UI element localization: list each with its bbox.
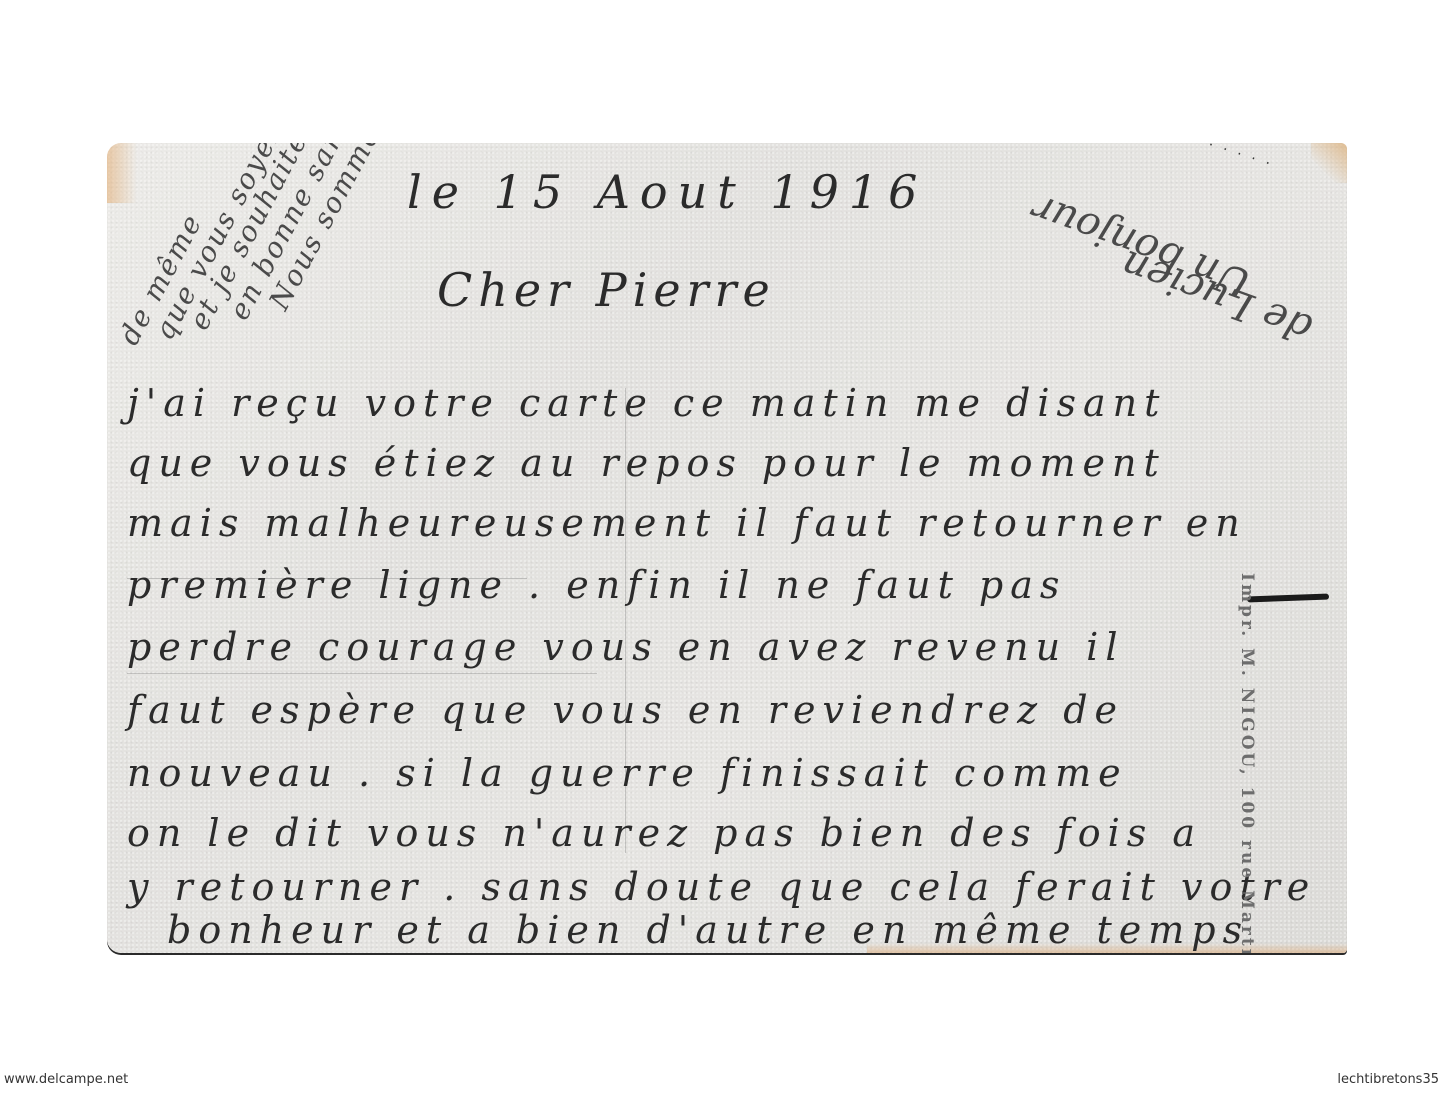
body-line: que vous étiez au repos pour le moment (127, 441, 1166, 485)
body-line: première ligne . enfin il ne faut pas (127, 563, 1066, 607)
printer-credit: Impr. M. NIGOU, 100 rue Martre, Clichy (1237, 573, 1257, 953)
body-line: y retourner . sans doute que cela ferait… (127, 865, 1316, 909)
body-line: bonheur et a bien d'autre en même temps (167, 908, 1249, 952)
body-line: j'ai reçu votre carte ce matin me disant (127, 381, 1166, 425)
page: Nous sommes toujours en bonne santé et j… (0, 0, 1445, 1098)
salutation: Cher Pierre (437, 263, 776, 317)
body-line: faut espère que vous en reviendrez de (127, 688, 1124, 732)
top-right-note: Un bonjour de Lucien (987, 153, 1327, 413)
footer-seller-name: lechtibretons35 (1337, 1072, 1439, 1087)
footer-source-link[interactable]: www.delcampe.net (4, 1072, 128, 1087)
date-line: le 15 Aout 1916 (407, 165, 927, 219)
body-line: on le dit vous n'aurez pas bien des fois… (127, 811, 1202, 855)
address-line (127, 673, 597, 674)
postcard-back: Nous sommes toujours en bonne santé et j… (107, 143, 1347, 953)
body-line: mais malheureusement il faut retourner e… (127, 501, 1247, 545)
crossed-out-word (1247, 594, 1329, 603)
body-line: nouveau . si la guerre finissait comme (127, 751, 1128, 795)
body-line: perdre courage vous en avez revenu il (127, 625, 1124, 669)
margin-note: Nous sommes toujours en bonne santé et j… (127, 151, 427, 391)
